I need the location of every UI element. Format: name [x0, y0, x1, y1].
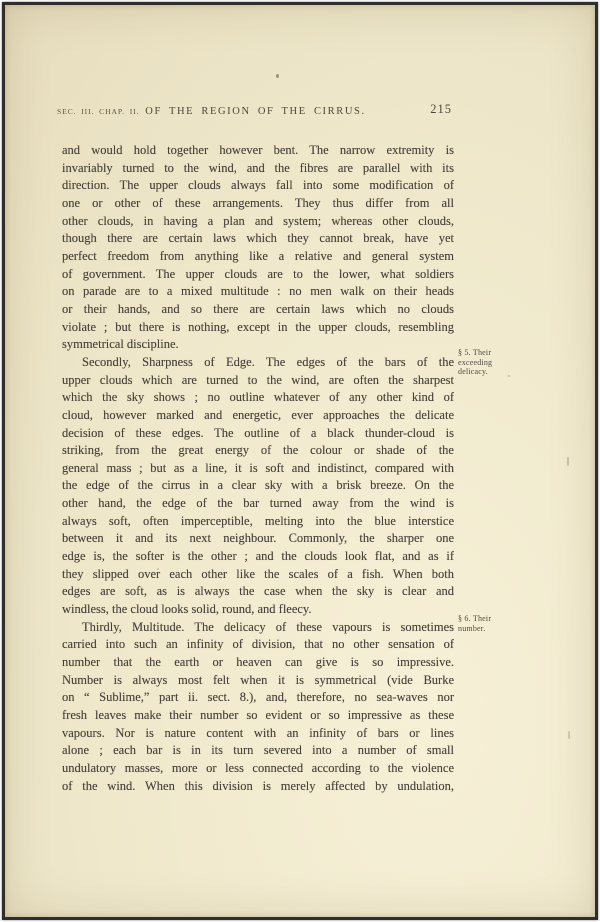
- text-line: exceeding: [458, 358, 553, 368]
- running-header: SEC. III. CHAP. II. OF THE REGION OF THE…: [57, 101, 454, 117]
- text-line: number that the earth or heaven can give…: [62, 654, 454, 672]
- text-line: of the wind. When this division is merel…: [62, 778, 454, 796]
- text-line: general mass ; but as a line, it is soft…: [62, 460, 454, 478]
- paragraph-continued: and would hold together however bent. Th…: [62, 142, 454, 354]
- text-line: Thirdly, Multitude. The delicacy of thes…: [62, 619, 454, 637]
- paragraph-multitude: Thirdly, Multitude. The delicacy of thes…: [62, 619, 454, 796]
- text-line: cloud, however marked and energetic, eve…: [62, 407, 454, 425]
- text-line: or their hands, and so there are certain…: [62, 301, 454, 319]
- body-text: and would hold together however bent. Th…: [62, 142, 454, 795]
- text-line: always soft, often imperceptible, meltin…: [62, 513, 454, 531]
- text-line: number.: [458, 624, 553, 634]
- text-line: other clouds, in having a plan and syste…: [62, 213, 454, 231]
- text-line: direction. The upper clouds always fall …: [62, 177, 454, 195]
- text-line: delicacy.: [458, 367, 553, 377]
- page-title: OF THE REGION OF THE CIRRUS.: [57, 106, 454, 117]
- text-line: § 6. Their: [458, 614, 553, 624]
- text-line: § 5. Their: [458, 348, 553, 358]
- text-line: symmetrical discipline.: [62, 336, 454, 354]
- text-line: which the sky shows ; no outline whateve…: [62, 389, 454, 407]
- text-line: edge is, the softer is the other ; and t…: [62, 548, 454, 566]
- paper-speck: [568, 731, 570, 739]
- text-line: decision of these edges. The outline of …: [62, 425, 454, 443]
- paragraph-sharpness-of-edge: Secondly, Sharpness of Edge. The edges o…: [62, 354, 454, 619]
- page-number: 215: [430, 102, 452, 117]
- text-line: between it and its next neighbour. Commo…: [62, 530, 454, 548]
- text-line: striking, from the great energy of the c…: [62, 442, 454, 460]
- text-line: of government. The upper clouds are to t…: [62, 266, 454, 284]
- text-line: one or other of these arrangements. They…: [62, 195, 454, 213]
- paper-speck: [276, 74, 279, 78]
- scanned-page: SEC. III. CHAP. II. OF THE REGION OF THE…: [2, 2, 598, 920]
- text-line: fresh leaves make their number so eviden…: [62, 707, 454, 725]
- text-line: windless, the cloud looks solid, round, …: [62, 601, 454, 619]
- text-line: though there are certain laws which they…: [62, 230, 454, 248]
- text-line: they slipped over each other like the sc…: [62, 566, 454, 584]
- text-line: invariably turned to the wind, and the f…: [62, 160, 454, 178]
- margin-note-delicacy: § 5. Theirexceedingdelicacy.: [458, 348, 553, 377]
- text-line: undulatory masses, more or less connecte…: [62, 760, 454, 778]
- margin-note-number: § 6. Theirnumber.: [458, 614, 553, 633]
- text-line: alone ; each bar is in its turn severed …: [62, 742, 454, 760]
- text-line: on parade are to a mixed multitude : no …: [62, 283, 454, 301]
- text-line: and would hold together however bent. Th…: [62, 142, 454, 160]
- paper-speck: [567, 457, 569, 466]
- text-line: edges are soft, as is always the case wh…: [62, 583, 454, 601]
- text-line: Secondly, Sharpness of Edge. The edges o…: [62, 354, 454, 372]
- text-line: violate ; but there is nothing, except i…: [62, 319, 454, 337]
- text-line: the edge of the cirrus in a clear sky wi…: [62, 477, 454, 495]
- text-line: on “ Sublime,” part ii. sect. 8.), and, …: [62, 689, 454, 707]
- text-line: vapours. Nor is nature content with an i…: [62, 725, 454, 743]
- text-line: Number is always most felt when it is sy…: [62, 672, 454, 690]
- text-line: perfect freedom from anything like a rel…: [62, 248, 454, 266]
- text-line: upper clouds which are turned to the win…: [62, 372, 454, 390]
- text-line: other hand, the edge of the bar turned a…: [62, 495, 454, 513]
- text-line: carried into such an infinity of divisio…: [62, 636, 454, 654]
